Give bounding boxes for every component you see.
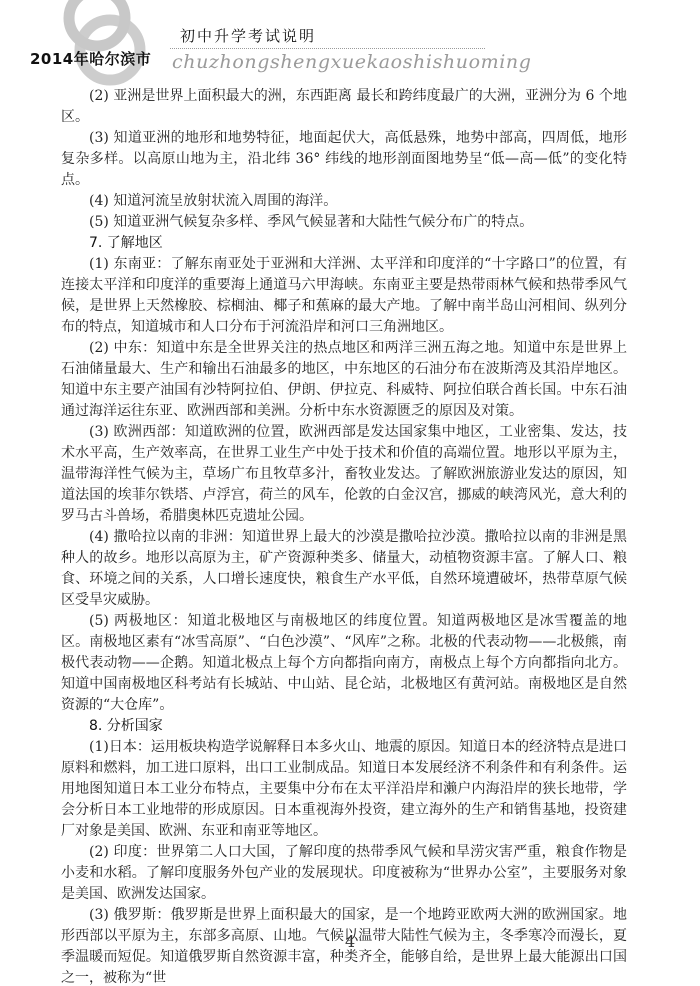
paragraph: (4) 撒哈拉以南的非洲：知道世界上最大的沙漠是撒哈拉沙漠。撒哈拉以南的非洲是黑… (61, 527, 627, 611)
section-asia: (2) 亚洲是世界上面积最大的洲，东西距离 最长和跨纬度最广的大洲，亚洲分为 6… (61, 86, 627, 233)
paragraph: (2) 亚洲是世界上面积最大的洲，东西距离 最长和跨纬度最广的大洲，亚洲分为 6… (61, 86, 627, 128)
header-divider (170, 48, 485, 49)
section-regions: 7. 了解地区 (1) 东南亚：了解东南亚处于亚洲和大洋洲、太平洋和印度洋的“十… (61, 233, 627, 716)
paragraph: (5) 两极地区：知道北极地区与南极地区的纬度位置。知道两极地区是冰雪覆盖的地区… (61, 611, 627, 716)
paragraph: (3) 知道亚洲的地形和地势特征，地面起伏大，高低悬殊，地势中部高，四周低，地形… (61, 128, 627, 191)
paragraph: (3) 欧洲西部：知道欧洲的位置，欧洲西部是发达国家集中地区，工业密集、发达，技… (61, 422, 627, 527)
paragraph: (3) 俄罗斯：俄罗斯是世界上面积最大的国家，是一个地跨亚欧两大洲的欧洲国家。地… (61, 905, 627, 986)
paragraph: (1)日本：运用板块构造学说解释日本多火山、地震的原因。知道日本的经济特点是进口… (61, 737, 627, 842)
header-title: 初中升学考试说明 (180, 25, 316, 46)
document-body: (2) 亚洲是世界上面积最大的洲，东西距离 最长和跨纬度最广的大洲，亚洲分为 6… (61, 86, 627, 986)
paragraph: (2) 中东：知道中东是全世界关注的热点地区和两洋三洲五海之地。知道中东是世界上… (61, 338, 627, 422)
paragraph: (5) 知道亚洲气候复杂多样、季风气候显著和大陆性气候分布广的特点。 (61, 212, 627, 233)
section-heading: 7. 了解地区 (61, 233, 627, 254)
page-number: 4 (345, 932, 355, 951)
header-pinyin: chuzhongshengxuekaoshishuoming (172, 51, 532, 73)
header-city-label: 2014年哈尔滨市 (30, 48, 151, 69)
section-heading: 8. 分析国家 (61, 716, 627, 737)
paragraph: (2) 印度：世界第二人口大国，了解印度的热带季风气候和旱涝灾害严重，粮食作物是… (61, 842, 627, 905)
paragraph: (4) 知道河流呈放射状流入周围的海洋。 (61, 191, 627, 212)
section-countries: 8. 分析国家 (1)日本：运用板块构造学说解释日本多火山、地震的原因。知道日本… (61, 716, 627, 986)
paragraph: (1) 东南亚：了解东南亚处于亚洲和大洋洲、太平洋和印度洋的“十字路口”的位置，… (61, 254, 627, 338)
